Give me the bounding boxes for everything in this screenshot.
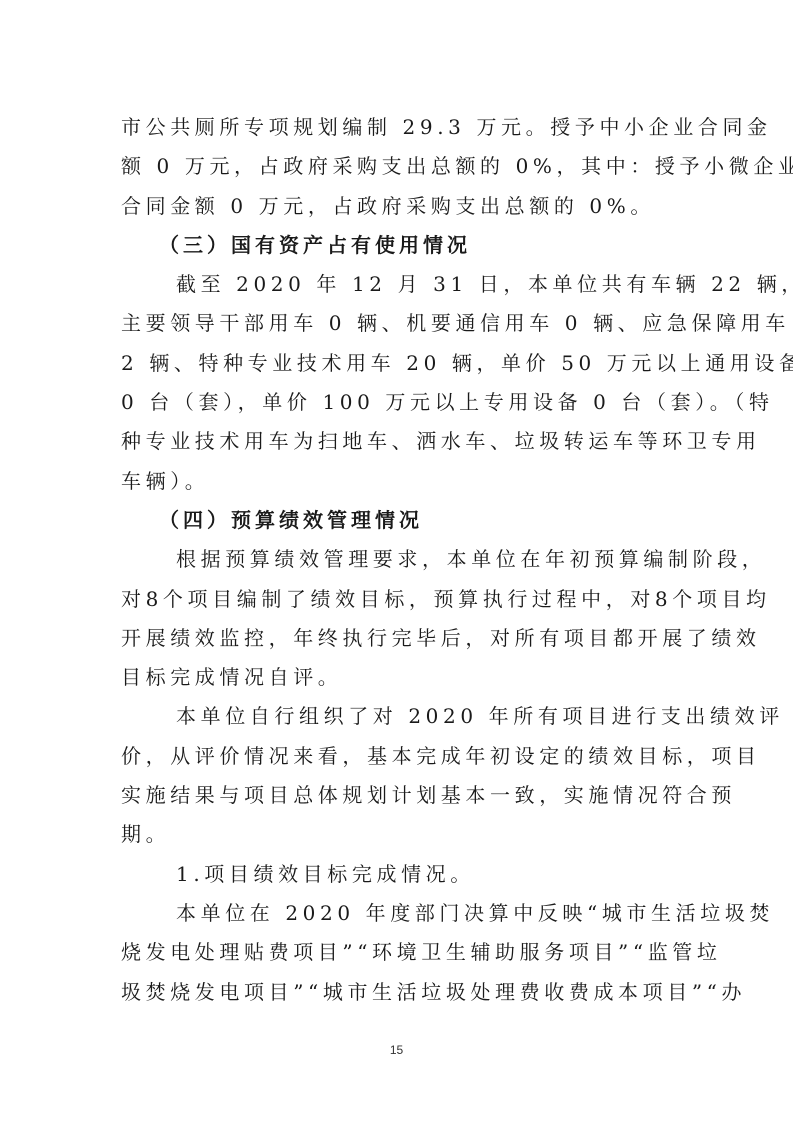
subsection-heading: 1.项目绩效目标完成情况。 xyxy=(121,855,673,894)
paragraph-line: 根据预算绩效管理要求，本单位在年初预算编制阶段， xyxy=(121,540,673,579)
document-page: 市公共厕所专项规划编制 29.3 万元。授予中小企业合同金 额 0 万元，占政府… xyxy=(121,108,673,1012)
paragraph-line: 2 辆、特种专业技术用车 20 辆，单价 50 万元以上通用设备 xyxy=(121,344,673,383)
paragraph-line: 开展绩效监控，年终执行完毕后，对所有项目都开展了绩效 xyxy=(121,619,673,658)
paragraph-line: 市公共厕所专项规划编制 29.3 万元。授予中小企业合同金 xyxy=(121,108,673,147)
paragraph-line: 合同金额 0 万元，占政府采购支出总额的 0%。 xyxy=(121,187,673,226)
paragraph-line: 额 0 万元，占政府采购支出总额的 0%，其中：授予小微企业 xyxy=(121,147,673,186)
paragraph-line: 期。 xyxy=(121,815,673,854)
paragraph-line: 本单位自行组织了对 2020 年所有项目进行支出绩效评 xyxy=(121,697,673,736)
paragraph-line: 车辆）。 xyxy=(121,462,673,501)
section-heading-performance: （四）预算绩效管理情况 xyxy=(121,501,673,540)
paragraph-line: 0 台（套），单价 100 万元以上专用设备 0 台（套）。（特 xyxy=(121,383,673,422)
page-number: 15 xyxy=(0,1043,793,1057)
paragraph-line: 圾焚烧发电项目”“城市生活垃圾处理费收费成本项目”“办 xyxy=(121,973,673,1012)
paragraph-line: 对8个项目编制了绩效目标，预算执行过程中，对8个项目均 xyxy=(121,580,673,619)
paragraph-line: 本单位在 2020 年度部门决算中反映“城市生活垃圾焚 xyxy=(121,894,673,933)
paragraph-line: 主要领导干部用车 0 辆、机要通信用车 0 辆、应急保障用车 xyxy=(121,304,673,343)
paragraph-line: 目标完成情况自评。 xyxy=(121,658,673,697)
paragraph-line: 实施结果与项目总体规划计划基本一致，实施情况符合预 xyxy=(121,776,673,815)
paragraph-line: 价，从评价情况来看，基本完成年初设定的绩效目标，项目 xyxy=(121,737,673,776)
paragraph-line: 截至 2020 年 12 月 31 日，本单位共有车辆 22 辆，其中： xyxy=(121,265,673,304)
paragraph-line: 烧发电处理贴费项目”“环境卫生辅助服务项目”“监管垃 xyxy=(121,933,673,972)
paragraph-line: 种专业技术用车为扫地车、洒水车、垃圾转运车等环卫专用 xyxy=(121,422,673,461)
section-heading-assets: （三）国有资产占有使用情况 xyxy=(121,226,673,265)
